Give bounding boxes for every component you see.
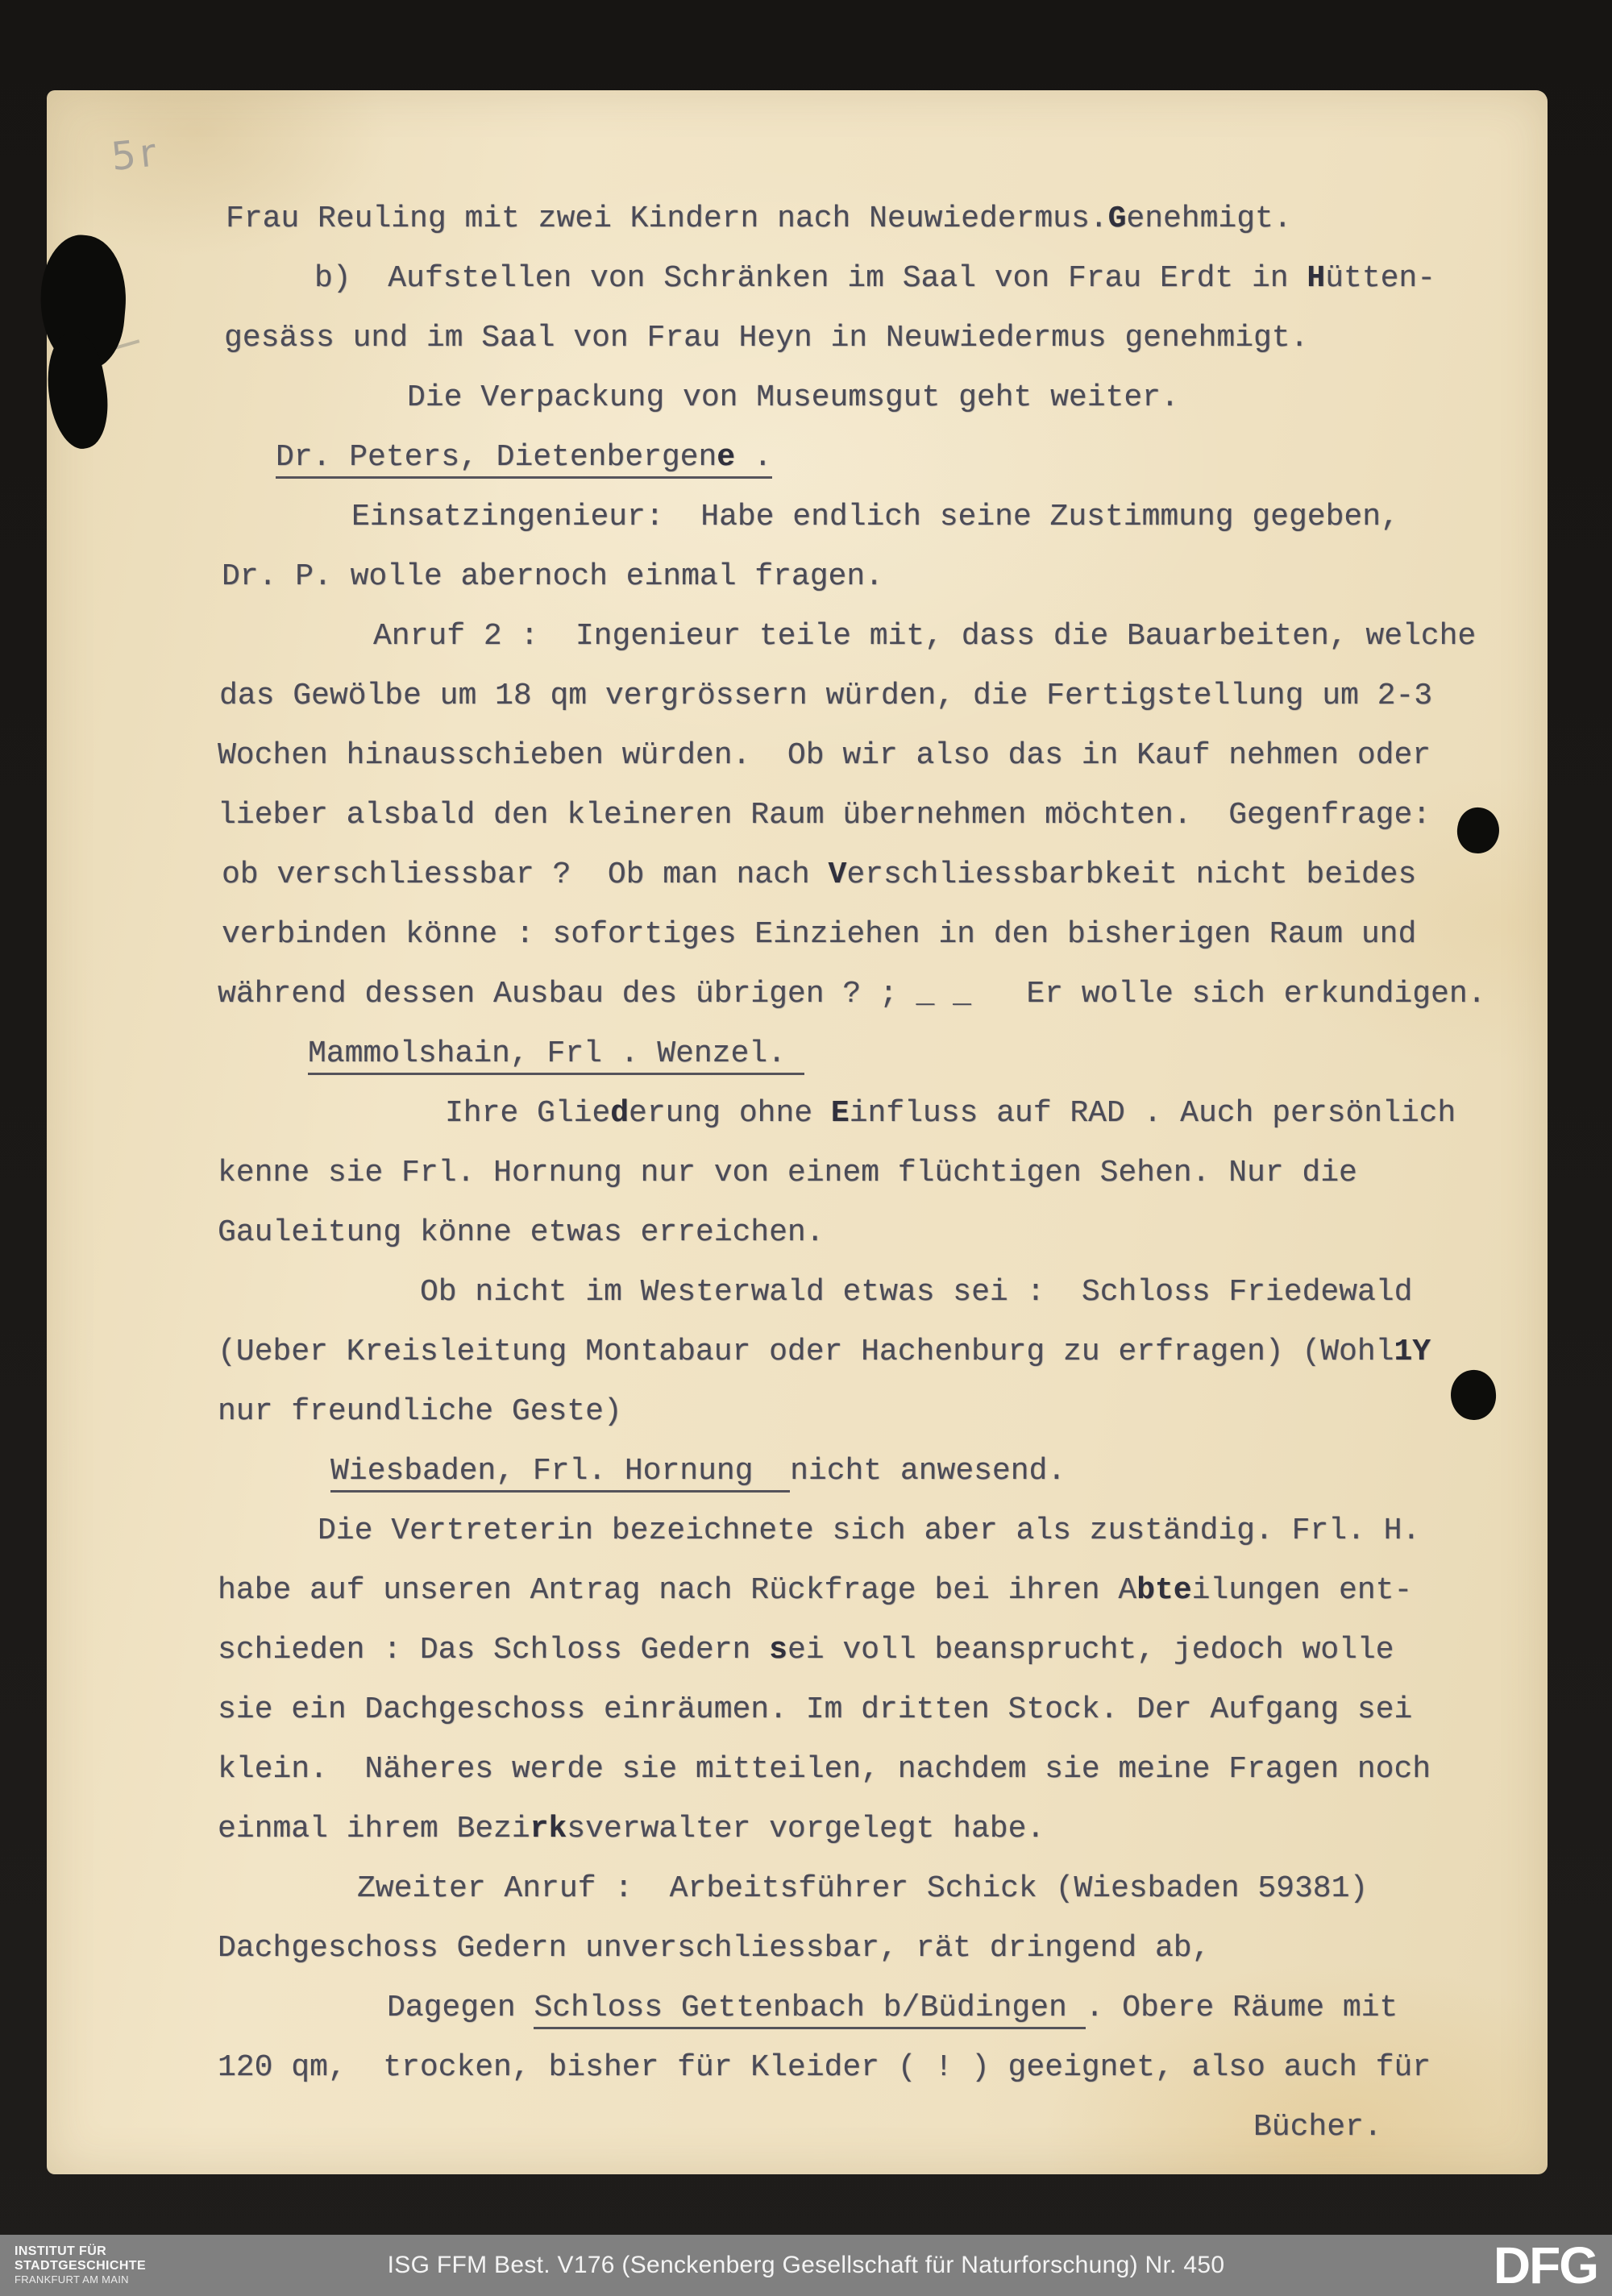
- typed-text-block: Frau Reuling mit zwei Kindern nach Neuwi…: [218, 201, 1539, 2169]
- typed-line: gesäss und im Saal von Frau Heyn in Neuw…: [218, 321, 1539, 380]
- typed-run: lieber alsbald den kleineren Raum überne…: [218, 798, 1431, 832]
- typed-line: Ob nicht im Westerwald etwas sei : Schlo…: [218, 1275, 1539, 1335]
- typed-run: Wiesbaden, Frl. Hornung: [330, 1454, 790, 1493]
- typed-run: e: [717, 440, 735, 479]
- typed-run: nicht anwesend.: [790, 1454, 1066, 1488]
- typed-run: Ihre Glie: [445, 1096, 610, 1131]
- typed-run: nur freundliche Geste): [218, 1394, 622, 1429]
- typed-run: Wochen hinausschieben würden. Ob wir als…: [218, 738, 1431, 773]
- typed-run: ilungen ent-: [1192, 1573, 1413, 1608]
- typed-run: (Ueber Kreisleitung Montabaur oder Hache…: [218, 1335, 1394, 1369]
- typed-run: Frau Reuling mit zwei Kindern nach Neuwi…: [226, 201, 1108, 236]
- typed-run: influss auf RAD . Auch persönlich: [850, 1096, 1456, 1131]
- typed-run: s: [769, 1633, 787, 1667]
- footer-bar: INSTITUT FÜR STADTGESCHICHTE FRANKFURT A…: [0, 2235, 1612, 2296]
- typed-run: ütten-: [1325, 261, 1435, 296]
- typed-run: verbinden könne : sofortiges Einziehen i…: [222, 917, 1416, 952]
- typed-run: H: [1307, 261, 1325, 296]
- typed-run: .: [735, 440, 772, 479]
- typed-run: Anruf 2 : Ingenieur teile mit, dass die …: [373, 619, 1476, 654]
- typed-run: 1Y: [1394, 1335, 1431, 1369]
- typed-line: schieden : Das Schloss Gedern sei voll b…: [218, 1633, 1539, 1692]
- typed-run: V: [829, 857, 847, 892]
- typed-run: Einsatzingenieur: Habe endlich seine Zus…: [351, 500, 1399, 534]
- typed-run: d: [610, 1096, 629, 1131]
- typed-run: bte: [1136, 1573, 1191, 1608]
- typed-line: (Ueber Kreisleitung Montabaur oder Hache…: [218, 1335, 1539, 1394]
- handwritten-page-number: 5r: [109, 130, 162, 180]
- typed-run: E: [831, 1096, 850, 1131]
- typed-run: enehmigt.: [1126, 201, 1291, 236]
- typed-line: Einsatzingenieur: Habe endlich seine Zus…: [218, 500, 1539, 559]
- typed-line: sie ein Dachgeschoss einräumen. Im dritt…: [218, 1692, 1539, 1752]
- typed-run: b) Aufstellen von Schränken im Saal von …: [314, 261, 1307, 296]
- typed-line: das Gewölbe um 18 qm vergrössern würden,…: [218, 679, 1539, 738]
- typed-run: Die Verpackung von Museumsgut geht weite…: [407, 380, 1179, 415]
- typed-line: Dr. P. wolle abernoch einmal fragen.: [218, 559, 1539, 619]
- typed-line: ob verschliessbar ? Ob man nach Verschli…: [218, 857, 1539, 917]
- typed-line: kenne sie Frl. Hornung nur von einem flü…: [218, 1156, 1539, 1215]
- typed-run: klein. Näheres werde sie mitteilen, nach…: [218, 1752, 1431, 1787]
- typed-line: Mammolshain, Frl . Wenzel.: [218, 1036, 1539, 1096]
- typed-run: Zweiter Anruf : Arbeitsführer Schick (Wi…: [357, 1871, 1368, 1906]
- typed-line: Dr. Peters, Dietenbergene .: [218, 440, 1539, 500]
- typed-run: erung ohne: [629, 1096, 831, 1131]
- typed-line: Anruf 2 : Ingenieur teile mit, dass die …: [218, 619, 1539, 679]
- typed-run: gesäss und im Saal von Frau Heyn in Neuw…: [224, 321, 1308, 355]
- typed-run: Die Vertreterin bezeichnete sich aber al…: [318, 1513, 1420, 1548]
- typed-run: sverwalter vorgelegt habe.: [567, 1812, 1045, 1846]
- typed-run: 120 qm, trocken, bisher für Kleider ( ! …: [218, 2050, 1431, 2085]
- archive-reference-caption: ISG FFM Best. V176 (Senckenberg Gesellsc…: [0, 2235, 1612, 2296]
- typed-run: erschliessbarbkeit nicht beides: [846, 857, 1416, 892]
- typed-run: sie ein Dachgeschoss einräumen. Im dritt…: [218, 1692, 1412, 1727]
- typed-line: verbinden könne : sofortiges Einziehen i…: [218, 917, 1539, 977]
- typed-run: Dachgeschoss Gedern unverschliessbar, rä…: [218, 1931, 1210, 1966]
- typed-line: habe auf unseren Antrag nach Rückfrage b…: [218, 1573, 1539, 1633]
- dfg-logo: DFG: [1494, 2235, 1597, 2296]
- typed-line: Wochen hinausschieben würden. Ob wir als…: [218, 738, 1539, 798]
- typed-run: ei voll beansprucht, jedoch wolle: [787, 1633, 1394, 1667]
- typed-line: Gauleitung könne etwas erreichen.: [218, 1215, 1539, 1275]
- typed-line: Zweiter Anruf : Arbeitsführer Schick (Wi…: [218, 1871, 1539, 1931]
- typed-line: Frau Reuling mit zwei Kindern nach Neuwi…: [218, 201, 1539, 261]
- typed-run: schieden : Das Schloss Gedern: [218, 1633, 769, 1667]
- typed-line: nur freundliche Geste): [218, 1394, 1539, 1454]
- typed-run: Bücher.: [1253, 2110, 1382, 2144]
- typed-run: ob verschliessbar ? Ob man nach: [222, 857, 829, 892]
- typed-run: Ob nicht im Westerwald etwas sei : Schlo…: [420, 1275, 1412, 1310]
- typed-line: Die Vertreterin bezeichnete sich aber al…: [218, 1513, 1539, 1573]
- typed-run: Gauleitung könne etwas erreichen.: [218, 1215, 825, 1250]
- typed-run: kenne sie Frl. Hornung nur von einem flü…: [218, 1156, 1357, 1190]
- typed-line: Dagegen Schloss Gettenbach b/Büdingen . …: [218, 1991, 1539, 2050]
- document-page: 5r Frau Reuling mit zwei Kindern nach Ne…: [47, 90, 1548, 2174]
- typed-line: Bücher.: [218, 2110, 1539, 2169]
- typed-run: habe auf unseren Antrag nach Rückfrage b…: [218, 1573, 1136, 1608]
- typed-run: einmal ihrem Bezi: [218, 1812, 530, 1846]
- typed-line: 120 qm, trocken, bisher für Kleider ( ! …: [218, 2050, 1539, 2110]
- typed-run: Schloss Gettenbach b/Büdingen: [534, 1991, 1085, 2029]
- typed-run: Dr. Peters, Dietenbergen: [276, 440, 717, 479]
- typed-run: während dessen Ausbau des übrigen ? ; _ …: [218, 977, 1485, 1011]
- typed-run: Dr. P. wolle abernoch einmal fragen.: [222, 559, 883, 594]
- scan-background: 5r Frau Reuling mit zwei Kindern nach Ne…: [0, 0, 1612, 2296]
- typed-line: klein. Näheres werde sie mitteilen, nach…: [218, 1752, 1539, 1812]
- typed-line: Wiesbaden, Frl. Hornung nicht anwesend.: [218, 1454, 1539, 1513]
- typed-line: während dessen Ausbau des übrigen ? ; _ …: [218, 977, 1539, 1036]
- typed-run: Mammolshain, Frl . Wenzel.: [308, 1036, 804, 1075]
- typed-run: Dagegen: [387, 1991, 534, 2025]
- typed-run: rk: [530, 1812, 567, 1846]
- typed-run: . Obere Räume mit: [1086, 1991, 1398, 2025]
- typed-run: das Gewölbe um 18 qm vergrössern würden,…: [219, 679, 1432, 713]
- typed-line: Ihre Gliederung ohne Einfluss auf RAD . …: [218, 1096, 1539, 1156]
- typed-line: Dachgeschoss Gedern unverschliessbar, rä…: [218, 1931, 1539, 1991]
- typed-line: Die Verpackung von Museumsgut geht weite…: [218, 380, 1539, 440]
- typed-line: einmal ihrem Bezirksverwalter vorgelegt …: [218, 1812, 1539, 1871]
- typed-run: G: [1108, 201, 1127, 236]
- typed-line: b) Aufstellen von Schränken im Saal von …: [218, 261, 1539, 321]
- typed-line: lieber alsbald den kleineren Raum überne…: [218, 798, 1539, 857]
